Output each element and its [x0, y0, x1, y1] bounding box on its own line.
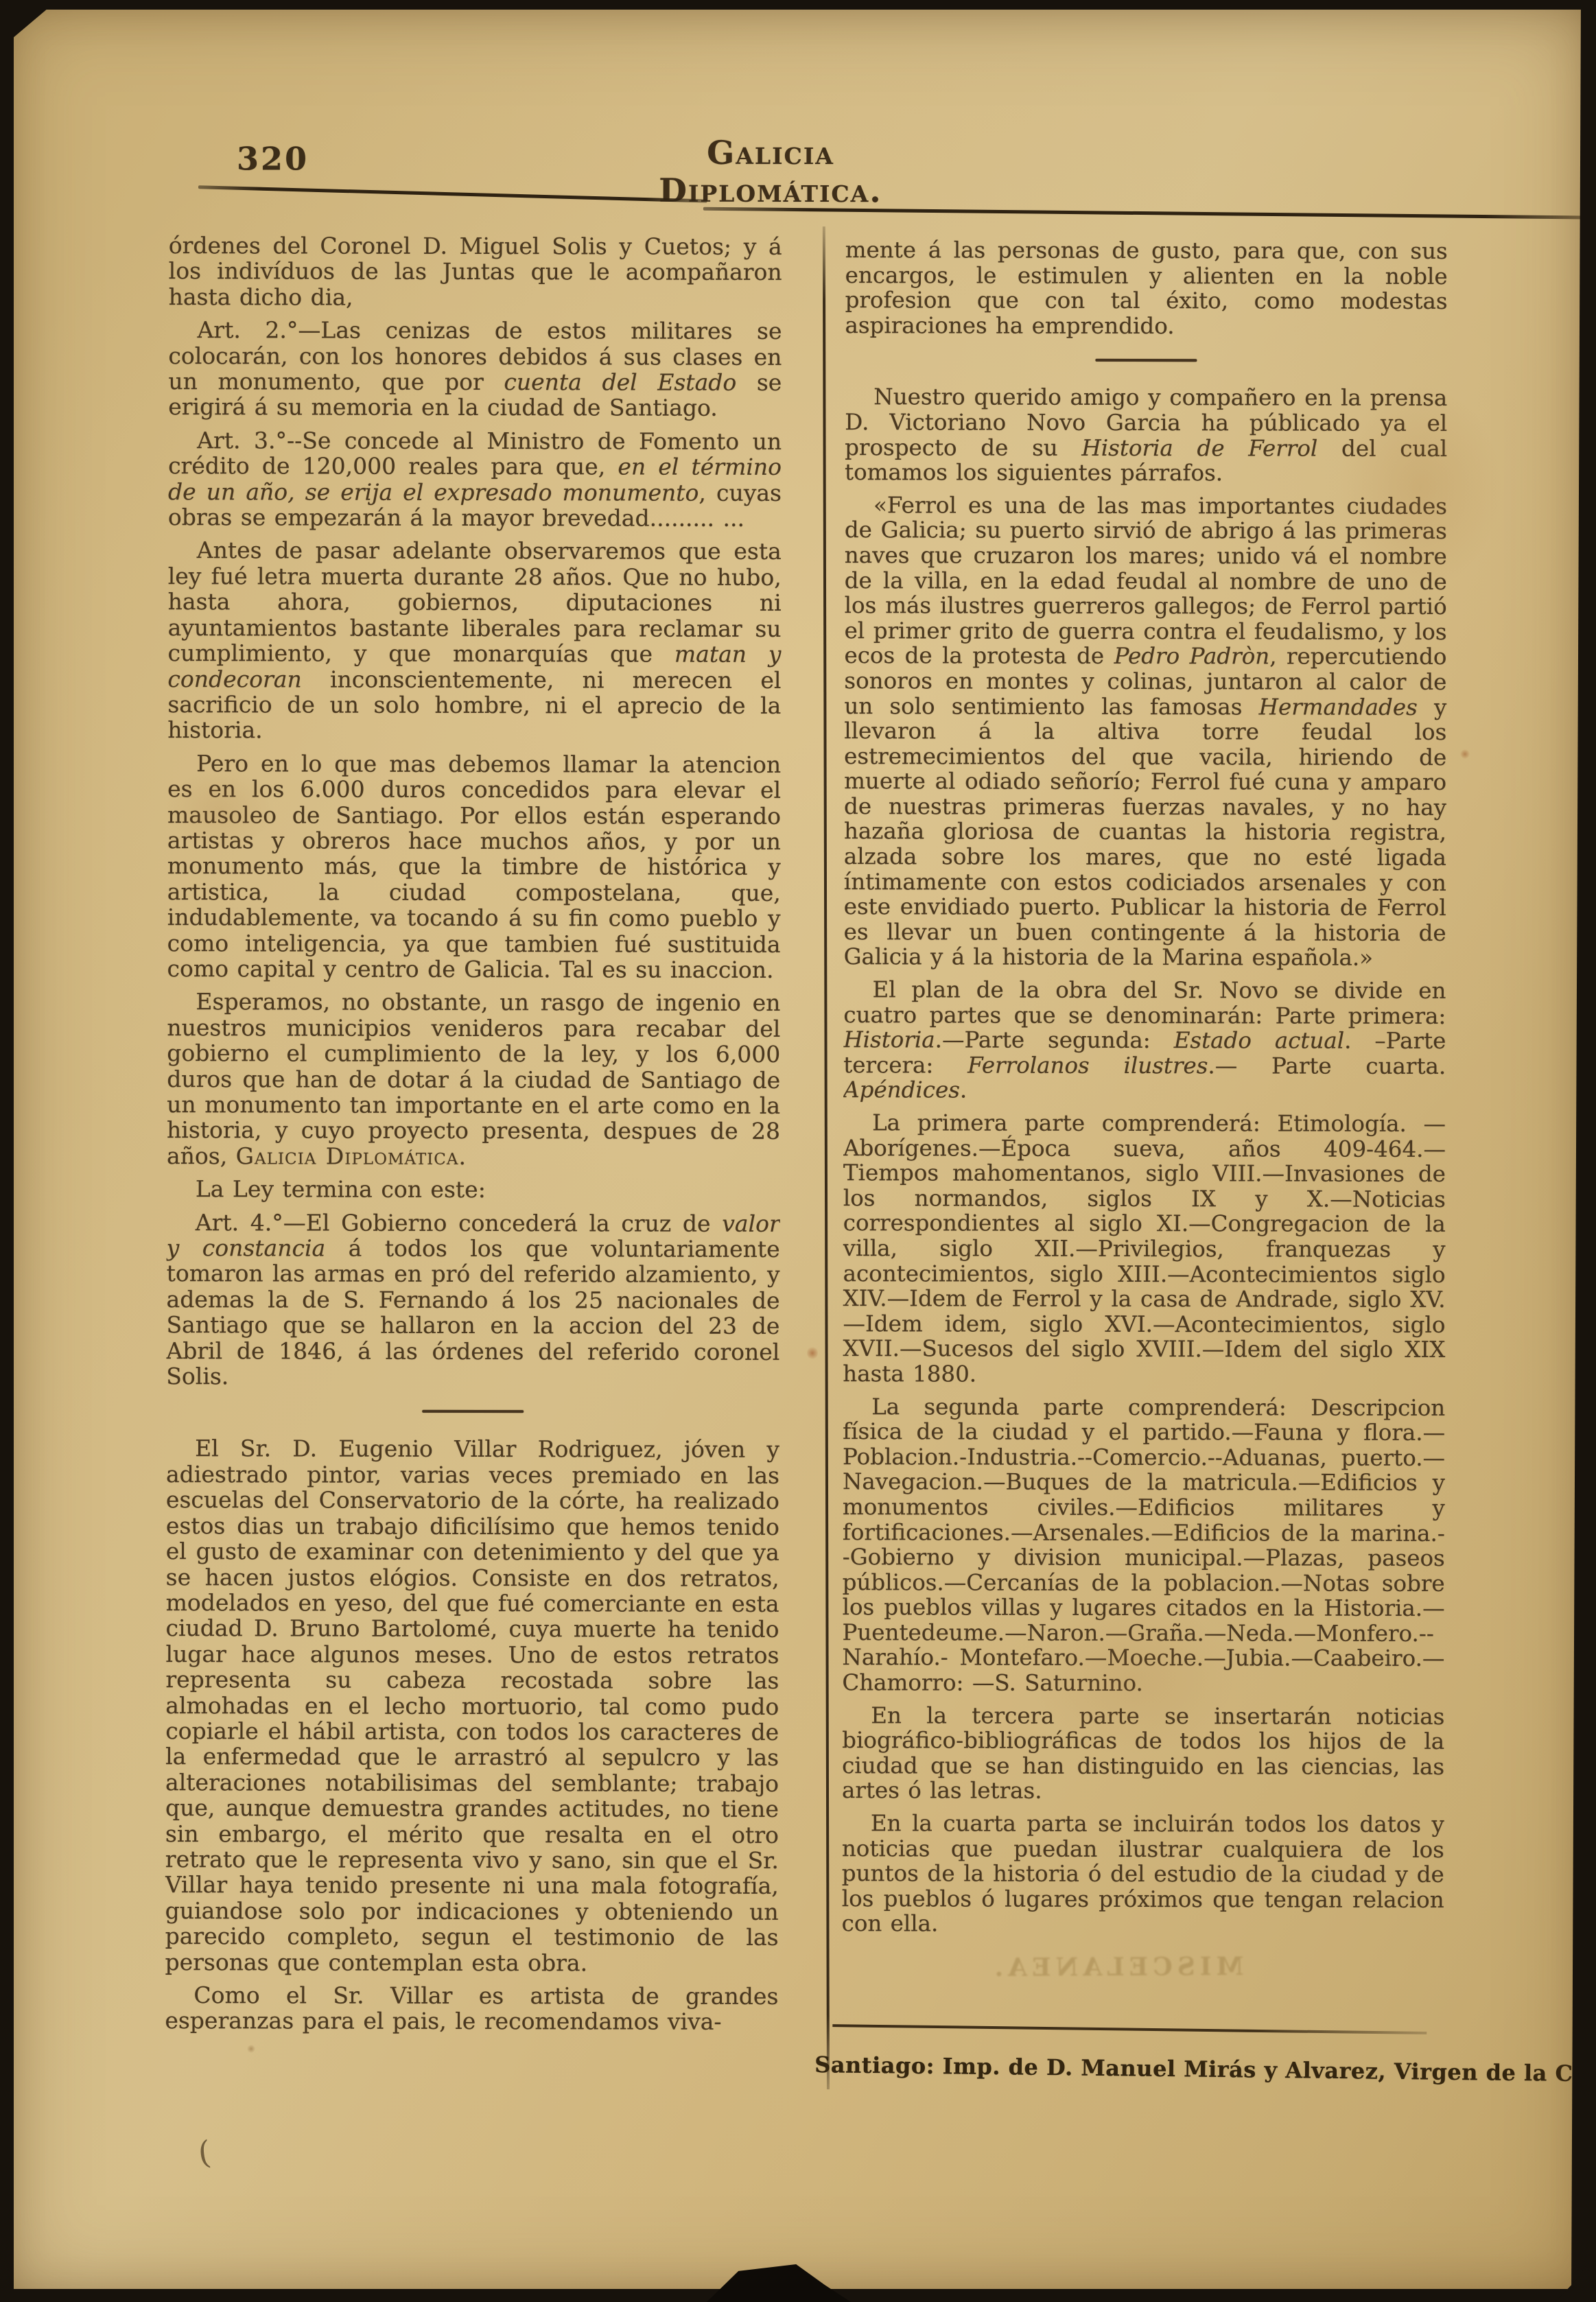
- paragraph: «Ferrol es una de las mas importantes ci…: [844, 493, 1447, 971]
- column-divider-rule: [823, 226, 830, 2089]
- bleed-through-text: MISCELANEA.: [959, 1952, 1274, 1982]
- paragraph: Nuestro querido amigo y compañero en la …: [845, 385, 1447, 486]
- paragraph: El plan de la obra del Sr. Novo se divid…: [843, 977, 1446, 1104]
- paragraph: Art. 3.°--Se concede al Ministro de Fome…: [168, 427, 782, 531]
- page-number: 320: [237, 140, 309, 177]
- paragraph: Esperamos, no obstante, un rasgo de inge…: [167, 989, 781, 1170]
- paragraph: Antes de pasar adelante observaremos que…: [167, 538, 782, 744]
- paragraph: En la cuarta parta se incluirán todos lo…: [842, 1811, 1444, 1938]
- paragraph: En la tercera parte se insertarán notici…: [842, 1703, 1444, 1805]
- paragraph: Como el Sr. Villar es artista de grandes…: [165, 1982, 778, 2035]
- imprint-line: Santiago: Imp. de D. Manuel Mirás y Alva…: [814, 2052, 1596, 2087]
- scan-edge-left: [0, 0, 14, 2302]
- header-rule-right: [703, 207, 1592, 220]
- paragraph: La primera parte comprenderá: Etimología…: [843, 1110, 1446, 1387]
- paragraph: La Ley termina con este:: [167, 1176, 780, 1203]
- right-column: mente á las personas de gusto, para que,…: [841, 237, 1447, 1995]
- paragraph: Art. 4.°—El Gobierno concederá la cruz d…: [166, 1210, 780, 1391]
- paragraph: Pero en lo que mas debemos llamar la ate…: [167, 751, 782, 983]
- left-column: órdenes del Coronel D. Miguel Solis y Cu…: [165, 233, 782, 2087]
- section-divider: [1095, 359, 1197, 362]
- footer-rule: [832, 2024, 1427, 2034]
- paragraph: mente á las personas de gusto, para que,…: [845, 237, 1447, 339]
- paragraph: Art. 2.°—Las cenizas de estos militares …: [168, 317, 782, 421]
- scan-edge-top: [0, 0, 1596, 10]
- stray-ink-mark: (: [196, 2133, 213, 2172]
- paragraph: órdenes del Coronel D. Miguel Solis y Cu…: [169, 233, 782, 311]
- page-content: 320 Galicia Diplomática. órdenes del Cor…: [0, 0, 1596, 2302]
- paragraph: El Sr. D. Eugenio Villar Rodriguez, jóve…: [165, 1436, 779, 1976]
- scanned-page: 320 Galicia Diplomática. órdenes del Cor…: [0, 0, 1596, 2302]
- paragraph: La segunda parte comprenderá: Descripcio…: [842, 1394, 1445, 1697]
- section-divider: [422, 1410, 524, 1413]
